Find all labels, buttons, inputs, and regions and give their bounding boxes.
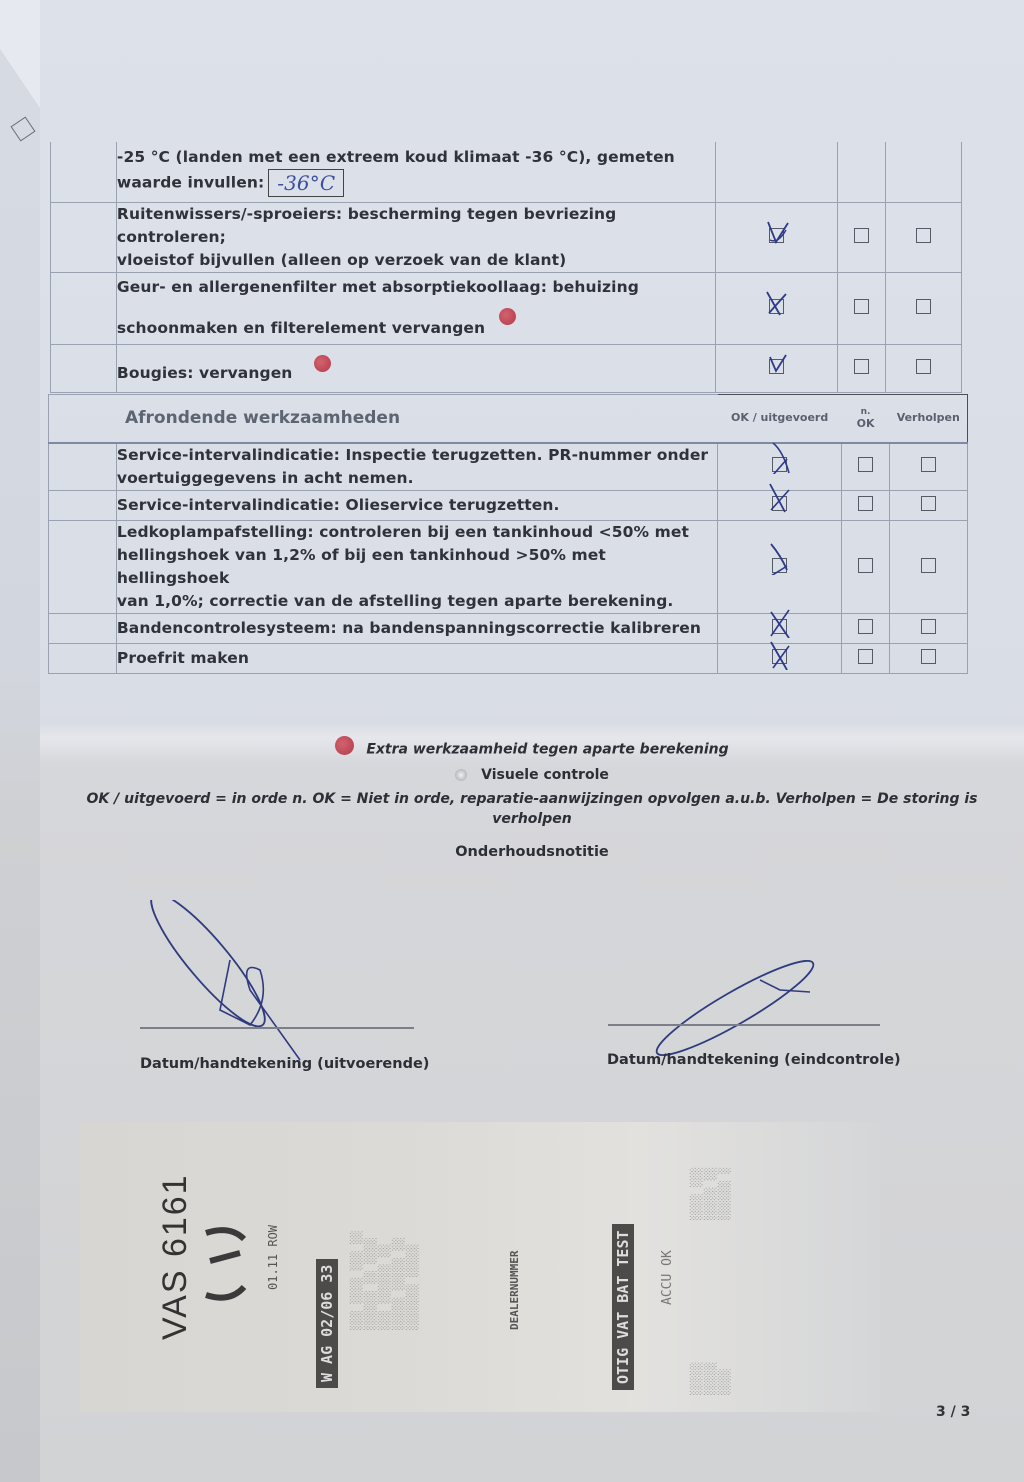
legend-visual-check: Visuele controle: [40, 767, 1024, 783]
page-number: 3 / 3: [936, 1404, 970, 1420]
check-mark-icon: [769, 539, 793, 575]
table-row: Ledkoplampafstelling: controleren bij ee…: [49, 521, 968, 614]
verholpen-checkbox[interactable]: [921, 558, 936, 573]
verholpen-checkbox[interactable]: [916, 299, 931, 314]
n-ok-checkbox[interactable]: [854, 228, 869, 243]
row-text-line2: vloeistof bijvullen (alleen op verzoek v…: [117, 249, 715, 272]
visual-check-dot-icon: [455, 769, 467, 781]
receipt-test-bar: OTIG VAT BAT TEST: [612, 1224, 634, 1390]
n-ok-checkbox[interactable]: [858, 649, 873, 664]
section-title: Afrondende werkzaamheden: [49, 408, 400, 428]
receipt-header-bar: W AG 02/06 33: [316, 1259, 338, 1388]
row-text-line2: voertuiggegevens in acht nemen.: [117, 467, 717, 490]
row-text-line1: Bougies: vervangen: [117, 364, 293, 382]
measured-value-field[interactable]: -36°C: [268, 169, 344, 197]
ok-checkbox-checked[interactable]: [772, 619, 787, 634]
legend-visual-check-text: Visuele controle: [481, 767, 609, 783]
executor-signature-label: Datum/handtekening (uitvoerende): [140, 1056, 429, 1072]
row-text-line1: Ledkoplampafstelling: controleren bij ee…: [117, 521, 717, 544]
table-row: Ruitenwissers/-sproeiers: bescherming te…: [51, 202, 962, 272]
row-text-line2: waarde invullen:: [117, 174, 264, 192]
row-text-line2: schoonmaken en filterelement vervangen: [117, 319, 485, 337]
receipt-battery-status: ACCU OK: [660, 1250, 675, 1305]
table-row: Bandencontrolesysteem: na bandenspanning…: [49, 614, 968, 644]
n-ok-checkbox[interactable]: [858, 619, 873, 634]
receipt-date-line: 01.11 ROW: [266, 1225, 280, 1290]
maintenance-table-top: -25 °C (landen met een extreem koud klim…: [50, 142, 962, 393]
verholpen-checkbox[interactable]: [916, 228, 931, 243]
row-text-line1: Service-intervalindicatie: Inspectie ter…: [117, 444, 717, 467]
final-check-signature-line: [608, 1024, 880, 1026]
verholpen-checkbox[interactable]: [921, 457, 936, 472]
row-text-line3: van 1,0%; correctie van de afstelling te…: [117, 590, 717, 613]
row-text-line1: -25 °C (landen met een extreem koud klim…: [117, 146, 715, 169]
n-ok-checkbox[interactable]: [858, 457, 873, 472]
n-ok-checkbox[interactable]: [858, 558, 873, 573]
ok-checkbox-checked[interactable]: [772, 496, 787, 511]
table-header: Afrondende werkzaamheden OK / uitgevoerd…: [49, 395, 968, 443]
vw-logo-icon: [200, 1225, 250, 1305]
table-row: Service-intervalindicatie: Olieservice t…: [49, 491, 968, 521]
receipt-device: VAS 6161: [156, 1173, 195, 1340]
legend-extra-work: Extra werkzaamheid tegen aparte berekeni…: [40, 740, 1024, 759]
ok-checkbox-checked[interactable]: [769, 359, 784, 374]
table-row: Service-intervalindicatie: Inspectie ter…: [49, 443, 968, 491]
check-mark-icon: [766, 220, 790, 246]
row-text-line1: Bandencontrolesysteem: na bandenspanning…: [117, 617, 717, 640]
ok-checkbox-checked[interactable]: [772, 649, 787, 664]
final-check-signature-icon: [650, 960, 830, 1060]
verholpen-checkbox[interactable]: [916, 359, 931, 374]
check-mark-icon: [769, 438, 793, 474]
check-mark-icon: [766, 291, 790, 317]
receipt-faded-values-2: ░░░░░░░░░░░░░░: [690, 1362, 732, 1395]
table-row: Geur- en allergenenfilter met absorptiek…: [51, 272, 962, 344]
ok-checkbox-checked[interactable]: [772, 457, 787, 472]
table-row: -25 °C (landen met een extreem koud klim…: [51, 142, 962, 202]
row-text-line1: Geur- en allergenenfilter met absorptiek…: [117, 276, 715, 299]
executor-signature-line: [140, 1027, 414, 1029]
ok-checkbox-checked[interactable]: [769, 299, 784, 314]
finishing-work-table: Afrondende werkzaamheden OK / uitgevoerd…: [48, 394, 968, 674]
receipt-dealer-label: DEALERNUMMER: [508, 1251, 521, 1330]
verholpen-checkbox[interactable]: [921, 496, 936, 511]
verholpen-checkbox[interactable]: [921, 619, 936, 634]
receipt-faded-values: ░░░░ ░░░░░░░░ ░░░░░░░░ ░: [690, 1167, 732, 1220]
n-ok-checkbox[interactable]: [854, 299, 869, 314]
table-row: Bougies: vervangen: [51, 344, 962, 392]
row-text-line2: hellingshoek van 1,2% of bij een tankinh…: [117, 544, 717, 590]
check-mark-icon: [769, 608, 793, 638]
check-mark-icon: [769, 481, 793, 513]
extra-work-dot-icon: [314, 355, 331, 372]
table-row: Proefrit maken: [49, 644, 968, 674]
executor-signature-icon: [130, 900, 330, 1070]
final-check-signature-label: Datum/handtekening (eindcontrole): [607, 1052, 901, 1068]
column-header-verholpen: Verholpen: [890, 395, 968, 443]
ok-checkbox-checked[interactable]: [769, 228, 784, 243]
n-ok-checkbox[interactable]: [854, 359, 869, 374]
check-mark-icon: [769, 640, 793, 670]
check-mark-icon: [766, 351, 790, 377]
extra-work-dot-icon: [499, 308, 516, 325]
verholpen-checkbox[interactable]: [921, 649, 936, 664]
legend-explanation: OK / uitgevoerd = in orde n. OK = Niet i…: [40, 789, 1024, 829]
extra-work-dot-icon: [335, 736, 354, 755]
column-header-ok: OK / uitgevoerd: [718, 395, 842, 443]
row-text-line1: Ruitenwissers/-sproeiers: bescherming te…: [117, 203, 715, 249]
ok-checkbox-checked[interactable]: [772, 558, 787, 573]
n-ok-checkbox[interactable]: [858, 496, 873, 511]
notes-title: Onderhoudsnotitie: [40, 844, 1024, 860]
column-header-nok-2: OK: [842, 418, 890, 430]
legend-extra-work-text: Extra werkzaamheid tegen aparte berekeni…: [366, 742, 728, 758]
row-text-line1: Proefrit maken: [117, 647, 717, 670]
receipt-faded-text: ░░░ ░░░░ ░░░ ░░░░░░░░ ░░ ░░░░░░░ ░░░░░░ …: [350, 1231, 420, 1330]
row-text-line1: Service-intervalindicatie: Olieservice t…: [117, 494, 717, 517]
